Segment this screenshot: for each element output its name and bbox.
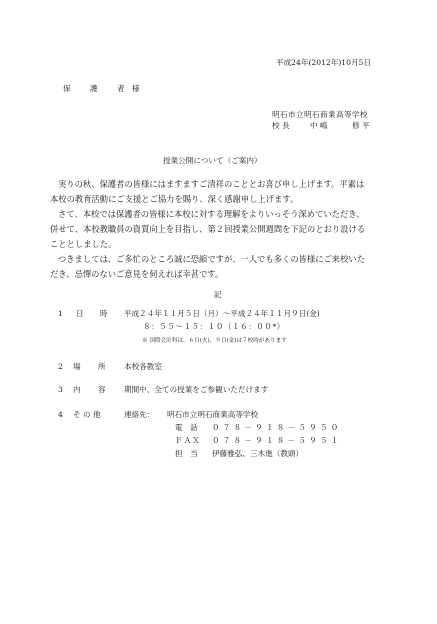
sender-principal: 校 長 中 嶋 修 平 — [272, 121, 370, 131]
item-1-label-b: 時 — [100, 309, 108, 319]
item-3-label-a: 内 — [73, 385, 81, 395]
item-4-contact-label: 連絡先： — [124, 410, 154, 420]
item-4-fax-number: ０７８－９１８－５９５１ — [212, 436, 342, 446]
item-4-contact-org: 明石市立明石商業高等学校 — [167, 410, 258, 420]
paragraph-2-line-1: さて、本校では保護者の皆様に本校に対する理解をよりいっそう深めていただき、 — [58, 207, 365, 222]
addressee-char: 様 — [132, 84, 140, 93]
ki-heading: 記 — [214, 290, 222, 300]
sender-given-name: 修 平 — [352, 121, 370, 130]
item-4-tel-label: 電 話 — [175, 423, 198, 433]
item-3-value: 期間中、全ての授業をご参観いただけます — [124, 385, 268, 395]
item-4-tel-number: ０７８－９１８－５９５０ — [212, 423, 342, 433]
item-4-person: 伊藤雅弘、三木進（教頭） — [212, 449, 303, 459]
item-3-number: 3 — [58, 385, 63, 395]
addressee-char: 者 — [117, 84, 125, 93]
paragraph-1-line-1: 実りの秋、保護者の皆様にはますますご清祥のこととお喜び申し上げます。平素は — [58, 177, 364, 192]
paragraph-2-line-3: こととしました。 — [50, 237, 116, 252]
paragraph-1-line-2: 本校の教育活動にご支援とご協力を賜り、深く感謝申し上げます。 — [50, 192, 298, 207]
sender-family-name: 中 嶋 — [310, 121, 328, 130]
sender-organization: 明石市立明石商業高等学校 — [272, 110, 368, 120]
paragraph-2-line-2: 併せて、本校教職員の資質向上を目指し、第２回授業公開週間を下記のとおり設ける — [50, 222, 365, 237]
document-title: 授業公開について（ご案内） — [163, 156, 262, 166]
item-4-person-label: 担 当 — [175, 449, 198, 459]
item-4-fax-label: ＦＡＸ — [175, 436, 201, 446]
item-1-note: ※ 国際会計科は、６日(火)、９日(金)は７校時があります — [142, 337, 287, 345]
document-date: 平成24年(2012年)10月5日 — [276, 58, 371, 68]
addressee-char: 護 — [90, 84, 98, 93]
addressee: 保 護 者 様 — [63, 84, 140, 94]
item-2-number: 2 — [58, 362, 63, 372]
item-4-label: そ の 他 — [73, 410, 101, 420]
paragraph-3-line-1: つきましては、ご多忙のところ誠に恐縮ですが、一人でも多くの皆様にご来校いた — [58, 252, 365, 267]
item-1-time-range: ８：５５～１５：１０（１６：００*） — [143, 322, 285, 332]
item-4-number: 4 — [58, 410, 63, 420]
item-1-label-a: 日 — [76, 309, 84, 319]
item-1-date-range: 平成２４年１１月５日（月）～平成２４年１１月９日(金) — [124, 309, 320, 319]
item-2-label-a: 場 — [73, 362, 81, 372]
addressee-char: 保 — [63, 84, 71, 93]
paragraph-3-line-2: だき、忌憚のないご意見を伺えれば幸甚です。 — [50, 267, 223, 282]
item-1-number: 1 — [58, 309, 63, 319]
item-3-label-b: 容 — [98, 385, 106, 395]
item-2-label-b: 所 — [98, 362, 106, 372]
item-2-value: 本校各教室 — [124, 362, 162, 372]
sender-title: 校 長 — [272, 121, 290, 130]
